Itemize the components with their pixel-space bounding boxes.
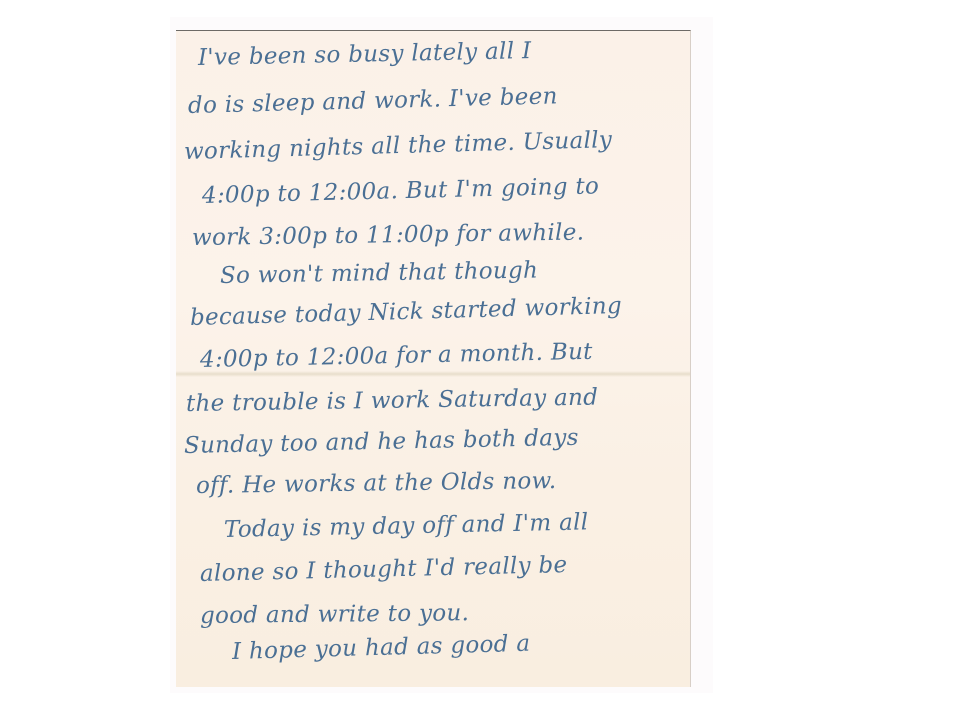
letter-line: I hope you had as good a (232, 631, 531, 665)
letter-line: Sunday too and he has both days (184, 425, 579, 459)
letter-line: work 3:00p to 11:00p for awhile. (192, 220, 585, 251)
letter-line: do is sleep and work. I've been (188, 83, 558, 119)
letter-line: good and write to you. (200, 600, 469, 629)
letter-line: 4:00p to 12:00a for a month. But (200, 339, 593, 373)
letter-line: because today Nick started working (190, 293, 623, 331)
letter-line: off. He works at the Olds now. (196, 468, 557, 499)
letter-line: Today is my day off and I'm all (224, 509, 589, 543)
letter-page: I've been so busy lately all I do is sle… (176, 30, 691, 687)
letter-line: I've been so busy lately all I (198, 38, 532, 71)
letter-line: the trouble is I work Saturday and (186, 385, 599, 417)
letter-line: alone so I thought I'd really be (200, 552, 568, 587)
letter-line: 4:00p to 12:00a. But I'm going to (202, 173, 600, 209)
letter-line: working nights all the time. Usually (184, 127, 613, 165)
letter-line: So won't mind that though (220, 257, 539, 289)
